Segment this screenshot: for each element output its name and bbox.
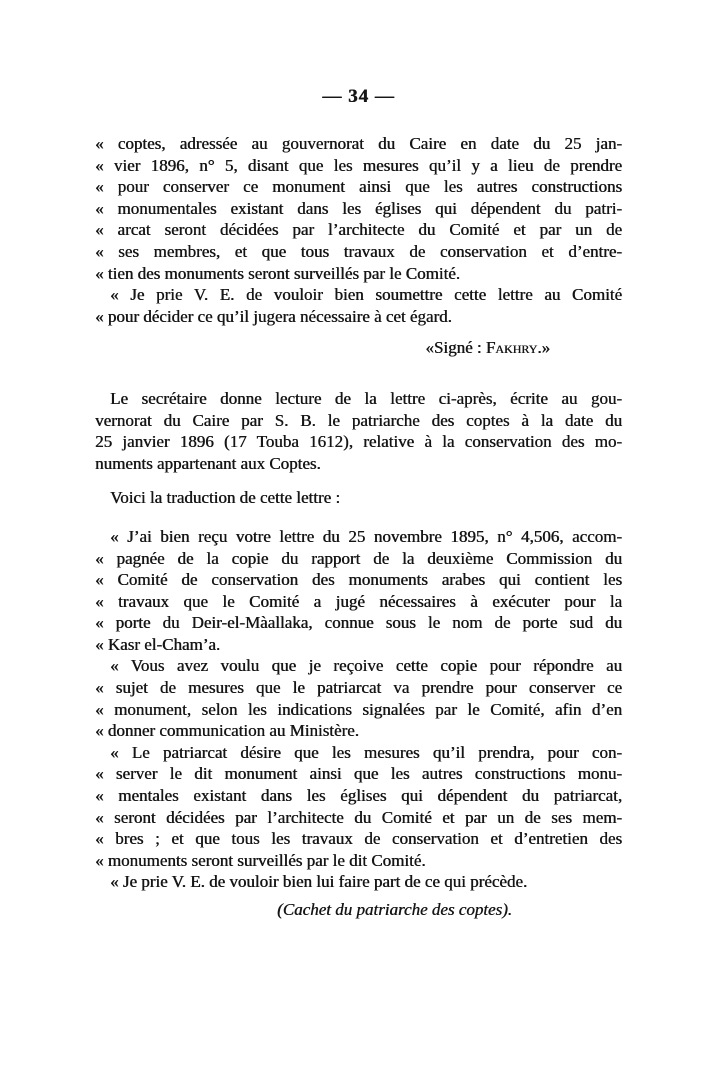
text-line: « pagnée de la copie du rapport de la de… bbox=[95, 548, 622, 570]
scanned-book-page: — 34 — « coptes, adressée au gouvernorat… bbox=[0, 0, 720, 1082]
text-line: « sujet de mesures que le patriarcat va … bbox=[95, 677, 622, 699]
text-line: « tien des monuments seront surveillés p… bbox=[95, 263, 622, 285]
text-line: « pour décider ce qu’il jugera nécessair… bbox=[95, 306, 622, 328]
text-line: « Le patriarcat désire que les mesures q… bbox=[95, 742, 622, 764]
letter-excerpt-fakhry: « coptes, adressée au gouvernorat du Cai… bbox=[95, 133, 622, 327]
text-line: « mentales existant dans les églises qui… bbox=[95, 785, 622, 807]
text-block: — 34 — « coptes, adressée au gouvernorat… bbox=[95, 86, 622, 921]
text-line: 25 janvier 1896 (17 Touba 1612), relativ… bbox=[95, 431, 622, 453]
signature-prefix: «Signé : bbox=[425, 338, 485, 357]
text-line: « travaux que le Comité a jugé nécessair… bbox=[95, 591, 622, 613]
text-line: « donner communication au Ministère. bbox=[95, 720, 622, 742]
text-line: Le secrétaire donne lecture de la lettre… bbox=[95, 388, 622, 410]
text-line: « monumentales existant dans les églises… bbox=[95, 198, 622, 220]
text-line: « ses membres, et que tous travaux de co… bbox=[95, 241, 622, 263]
text-line: numents appartenant aux Coptes. bbox=[95, 453, 622, 475]
cachet-line: (Cachet du patriarche des coptes). bbox=[95, 899, 622, 921]
signature-suffix: .» bbox=[537, 338, 550, 357]
text-line: « coptes, adressée au gouvernorat du Cai… bbox=[95, 133, 622, 155]
text-line: « Kasr el-Cham’a. bbox=[95, 634, 622, 656]
page-number: — 34 — bbox=[95, 86, 622, 108]
text-line: « server le dit monument ainsi que les a… bbox=[95, 763, 622, 785]
letter-translation-paragraph: « J’ai bien reçu votre lettre du 25 nove… bbox=[95, 526, 622, 893]
text-line: « Vous avez voulu que je reçoive cette c… bbox=[95, 655, 622, 677]
text-line: « porte du Deir-el-Màallaka, connue sous… bbox=[95, 612, 622, 634]
signature-name: Fakhry bbox=[486, 338, 537, 357]
text-line: « bres ; et que tous les travaux de cons… bbox=[95, 828, 622, 850]
text-line: « pour conserver ce monument ainsi que l… bbox=[95, 176, 622, 198]
text-line: « monuments seront surveillés par le dit… bbox=[95, 850, 622, 872]
text-line: vernorat du Caire par S. B. le patriarch… bbox=[95, 410, 622, 432]
text-line: « Comité de conservation des monuments a… bbox=[95, 569, 622, 591]
text-line: « Je prie V. E. de vouloir bien soumettr… bbox=[95, 284, 622, 306]
text-line: « vier 1896, n° 5, disant que les mesure… bbox=[95, 155, 622, 177]
text-line: « Je prie V. E. de vouloir bien lui fair… bbox=[95, 871, 622, 893]
translation-intro-line: Voici la traduction de cette lettre : bbox=[95, 487, 622, 509]
text-line: « seront décidées par l’architecte du Co… bbox=[95, 807, 622, 829]
signature-line: «Signé : Fakhry.» bbox=[95, 337, 622, 359]
narration-paragraph: Le secrétaire donne lecture de la lettre… bbox=[95, 388, 622, 474]
text-line: « J’ai bien reçu votre lettre du 25 nove… bbox=[95, 526, 622, 548]
text-line: « arcat seront décidées par l’architecte… bbox=[95, 219, 622, 241]
text-line: « monument, selon les indications signal… bbox=[95, 699, 622, 721]
